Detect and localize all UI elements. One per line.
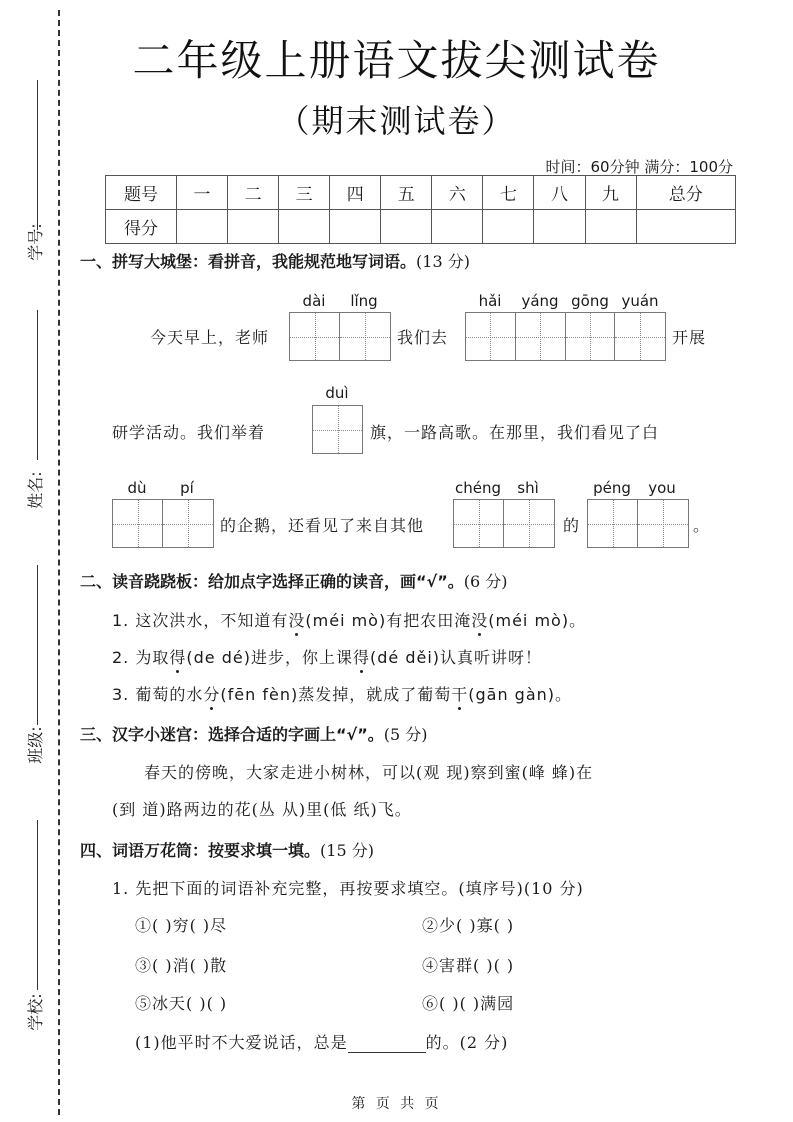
section3-heading: 三、汉字小迷宫：选择合适的字画上“√”。(5 分): [80, 722, 427, 745]
s1-line2-prefix: 研学活动。我们举着: [112, 420, 265, 443]
score-cell[interactable]: [534, 210, 585, 244]
score-table-header-row: 题号 一 二 三 四 五 六 七 八 九 总分: [106, 176, 736, 210]
table-header-cell: 六: [432, 176, 483, 210]
s4-sub1: 1. 先把下面的词语补充完整，再按要求填空。(填序号)(10 分): [112, 876, 584, 899]
pinyin-dui: duì: [312, 384, 362, 402]
school-label: 学校:: [14, 992, 54, 1032]
score-cell[interactable]: [483, 210, 534, 244]
s4-question-1: (1)他平时不大爱说话，总是的。(2 分): [135, 1030, 508, 1053]
pinyin-hai-yang-gong-yuan: hǎiyánggōngyuán: [465, 292, 665, 310]
class-label: 班级:: [14, 725, 54, 765]
score-row-label: 得分: [106, 210, 177, 244]
answer-blank[interactable]: [348, 1036, 426, 1053]
section2-title: 二、读音跷跷板：给加点字选择正确的读音，画“√”。: [80, 572, 464, 591]
table-header-cell: 一: [177, 176, 228, 210]
section3-title: 三、汉字小迷宫：选择合适的字画上“√”。: [80, 725, 384, 744]
writing-grid-cheng-shi[interactable]: [453, 499, 555, 548]
s1-line3-mid2: 的: [563, 513, 580, 536]
dotted-char: 没: [471, 608, 488, 631]
school-line: [37, 820, 38, 990]
score-cell[interactable]: [432, 210, 483, 244]
writing-grid-dai-ling[interactable]: [289, 312, 391, 361]
s4-word-5[interactable]: ⑤冰天( )( ): [135, 991, 227, 1014]
dotted-char: 分: [203, 682, 220, 705]
score-cell[interactable]: [636, 210, 735, 244]
writing-grid-peng-you[interactable]: [587, 499, 689, 548]
page-title: 二年级上册语文拔尖测试卷: [0, 28, 793, 88]
class-line: [37, 565, 38, 725]
table-header-cell: 九: [585, 176, 636, 210]
binding-dashed-line: [58, 10, 60, 1115]
writing-grid-hai-yang-gong-yuan[interactable]: [465, 312, 666, 361]
score-table: 题号 一 二 三 四 五 六 七 八 九 总分 得分: [105, 175, 736, 244]
name-line: [37, 310, 38, 460]
table-header-cell: 题号: [106, 176, 177, 210]
s4-word-6[interactable]: ⑥( )( )满园: [422, 991, 514, 1014]
pronunciation-options[interactable]: (dé děi): [370, 648, 440, 667]
page-subtitle: （期末测试卷）: [0, 96, 793, 142]
dotted-char: 干: [451, 682, 468, 705]
section4-points: (15 分): [320, 841, 374, 860]
s1-line1-suffix: 开展: [672, 325, 706, 348]
table-header-cell: 四: [330, 176, 381, 210]
s1-line2-suffix: 旗，一路高歌。在那里，我们看见了白: [370, 420, 659, 443]
table-header-cell: 三: [279, 176, 330, 210]
pronunciation-options[interactable]: (méi mò): [488, 611, 569, 630]
pronunciation-options[interactable]: (de dé): [186, 648, 251, 667]
section1-heading: 一、拼写大城堡：看拼音，我能规范地写词语。(13 分): [80, 249, 470, 272]
dotted-char: 得: [353, 645, 370, 668]
section2-points: (6 分): [464, 572, 508, 591]
s1-line1-mid: 我们去: [397, 325, 448, 348]
s1-line1-prefix: 今天早上，老师: [150, 325, 269, 348]
pinyin-peng-you: péngyou: [587, 479, 687, 497]
writing-grid-dui[interactable]: [312, 405, 363, 454]
section1-points: (13 分): [416, 252, 470, 271]
section1-title: 一、拼写大城堡：看拼音，我能规范地写词语。: [80, 252, 416, 271]
s1-line3-mid1: 的企鹅，还看见了来自其他: [220, 513, 424, 536]
page-footer: 第 页 共 页: [0, 1093, 793, 1113]
s4-word-2[interactable]: ②少( )寡( ): [422, 913, 514, 936]
dotted-char: 得: [169, 645, 186, 668]
s4-word-3[interactable]: ③( )消( )散: [135, 953, 227, 976]
pronunciation-options[interactable]: (gān gàn): [468, 685, 555, 704]
table-header-cell: 二: [228, 176, 279, 210]
s2-item-2: 2. 为取得(de dé)进步，你上课得(dé děi)认真听讲呀！: [112, 645, 542, 668]
s3-line2: (到 道)路两边的花(丛 从)里(低 纸)飞。: [112, 797, 412, 820]
pinyin-dai-ling: dàilǐng: [289, 292, 389, 310]
s4-word-1[interactable]: ①( )穷( )尽: [135, 913, 227, 936]
section2-heading: 二、读音跷跷板：给加点字选择正确的读音，画“√”。(6 分): [80, 569, 507, 592]
pinyin-cheng-shi: chéngshì: [453, 479, 553, 497]
s2-item-1: 1. 这次洪水，不知道有没(méi mò)有把农田淹没(méi mò)。: [112, 608, 586, 631]
table-header-cell: 五: [381, 176, 432, 210]
score-cell[interactable]: [279, 210, 330, 244]
time-info: 时间：60分钟 满分：100分: [546, 156, 734, 177]
pronunciation-options[interactable]: (méi mò): [305, 611, 386, 630]
section4-title: 四、词语万花筒：按要求填一填。: [80, 841, 320, 860]
pinyin-du-pi: dùpí: [112, 479, 212, 497]
s2-item-3: 3. 葡萄的水分(fēn fèn)蒸发掉，就成了葡萄干(gān gàn)。: [112, 682, 572, 705]
section3-points: (5 分): [384, 725, 428, 744]
score-cell[interactable]: [177, 210, 228, 244]
name-label: 姓名:: [14, 470, 54, 510]
score-table-score-row: 得分: [106, 210, 736, 244]
score-cell[interactable]: [228, 210, 279, 244]
dotted-char: 没: [288, 608, 305, 631]
table-header-cell: 总分: [636, 176, 735, 210]
s4-word-4[interactable]: ④害群( )( ): [422, 953, 514, 976]
score-cell[interactable]: [585, 210, 636, 244]
pronunciation-options[interactable]: (fēn fèn): [220, 685, 298, 704]
s1-line3-end: 。: [693, 513, 710, 536]
writing-grid-du-pi[interactable]: [112, 499, 214, 548]
s3-line1: 春天的傍晚，大家走进小树林，可以(观 现)察到蜜(峰 蜂)在: [144, 760, 593, 783]
student-id-label: 学号:: [14, 222, 54, 262]
table-header-cell: 八: [534, 176, 585, 210]
score-cell[interactable]: [381, 210, 432, 244]
section4-heading: 四、词语万花筒：按要求填一填。(15 分): [80, 838, 374, 861]
table-header-cell: 七: [483, 176, 534, 210]
score-cell[interactable]: [330, 210, 381, 244]
